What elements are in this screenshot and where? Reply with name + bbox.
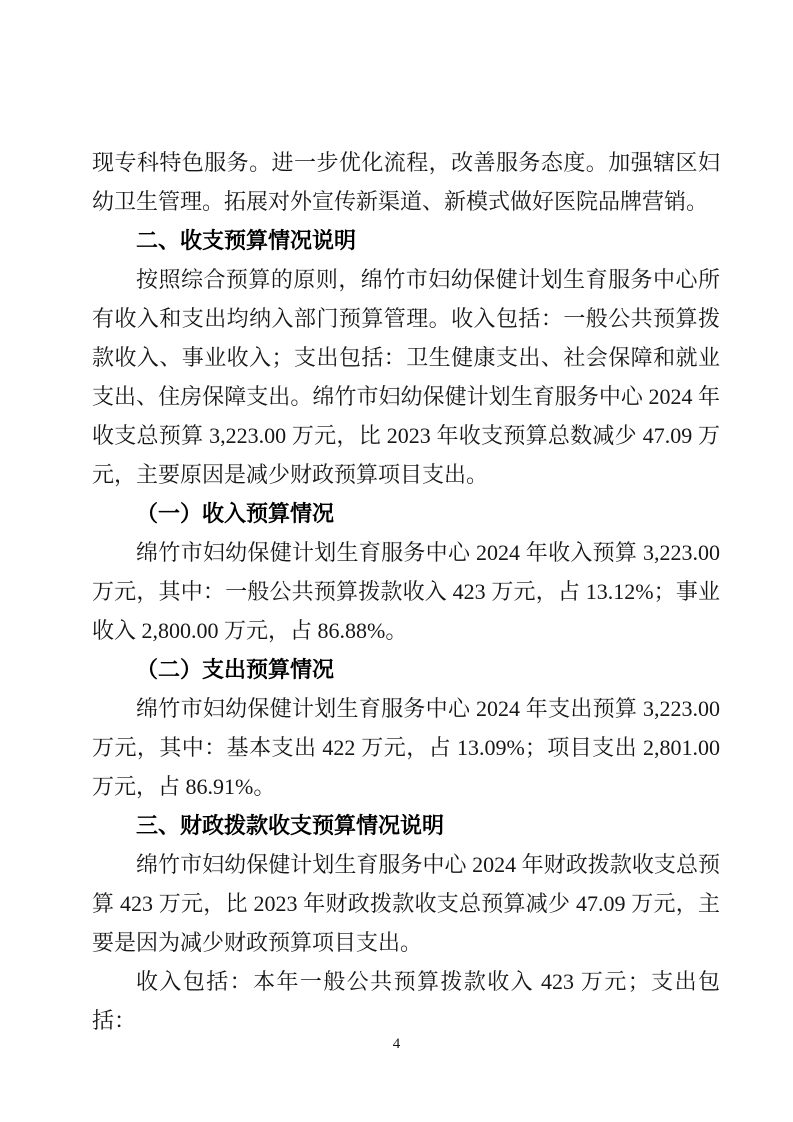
document-text-body: 现专科特色服务。进一步优化流程，改善服务态度。加强辖区妇幼卫生管理。拓展对外宣传… [92, 143, 720, 1040]
section-heading-budget-overview: 二、收支预算情况说明 [92, 221, 720, 260]
paragraph-budget-overview: 按照综合预算的原则，绵竹市妇幼保健计划生育服务中心所有收入和支出均纳入部门预算管… [92, 260, 720, 494]
paragraph-expenditure-budget: 绵竹市妇幼保健计划生育服务中心 2024 年支出预算 3,223.00 万元，其… [92, 689, 720, 806]
document-page: 现专科特色服务。进一步优化流程，改善服务态度。加强辖区妇幼卫生管理。拓展对外宣传… [0, 0, 793, 1122]
subsection-heading-expenditure-budget: （二）支出预算情况 [92, 650, 720, 689]
paragraph-overflow-from-previous-page: 现专科特色服务。进一步优化流程，改善服务态度。加强辖区妇幼卫生管理。拓展对外宣传… [92, 143, 720, 221]
paragraph-fiscal-appropriation: 绵竹市妇幼保健计划生育服务中心 2024 年财政拨款收支总预算 423 万元，比… [92, 845, 720, 962]
section-heading-fiscal-appropriation: 三、财政拨款收支预算情况说明 [92, 806, 720, 845]
paragraph-income-budget: 绵竹市妇幼保健计划生育服务中心 2024 年收入预算 3,223.00 万元，其… [92, 533, 720, 650]
subsection-heading-income-budget: （一）收入预算情况 [92, 494, 720, 533]
page-number: 4 [0, 1036, 793, 1053]
paragraph-income-expenditure-includes: 收入包括：本年一般公共预算拨款收入 423 万元；支出包括： [92, 962, 720, 1040]
